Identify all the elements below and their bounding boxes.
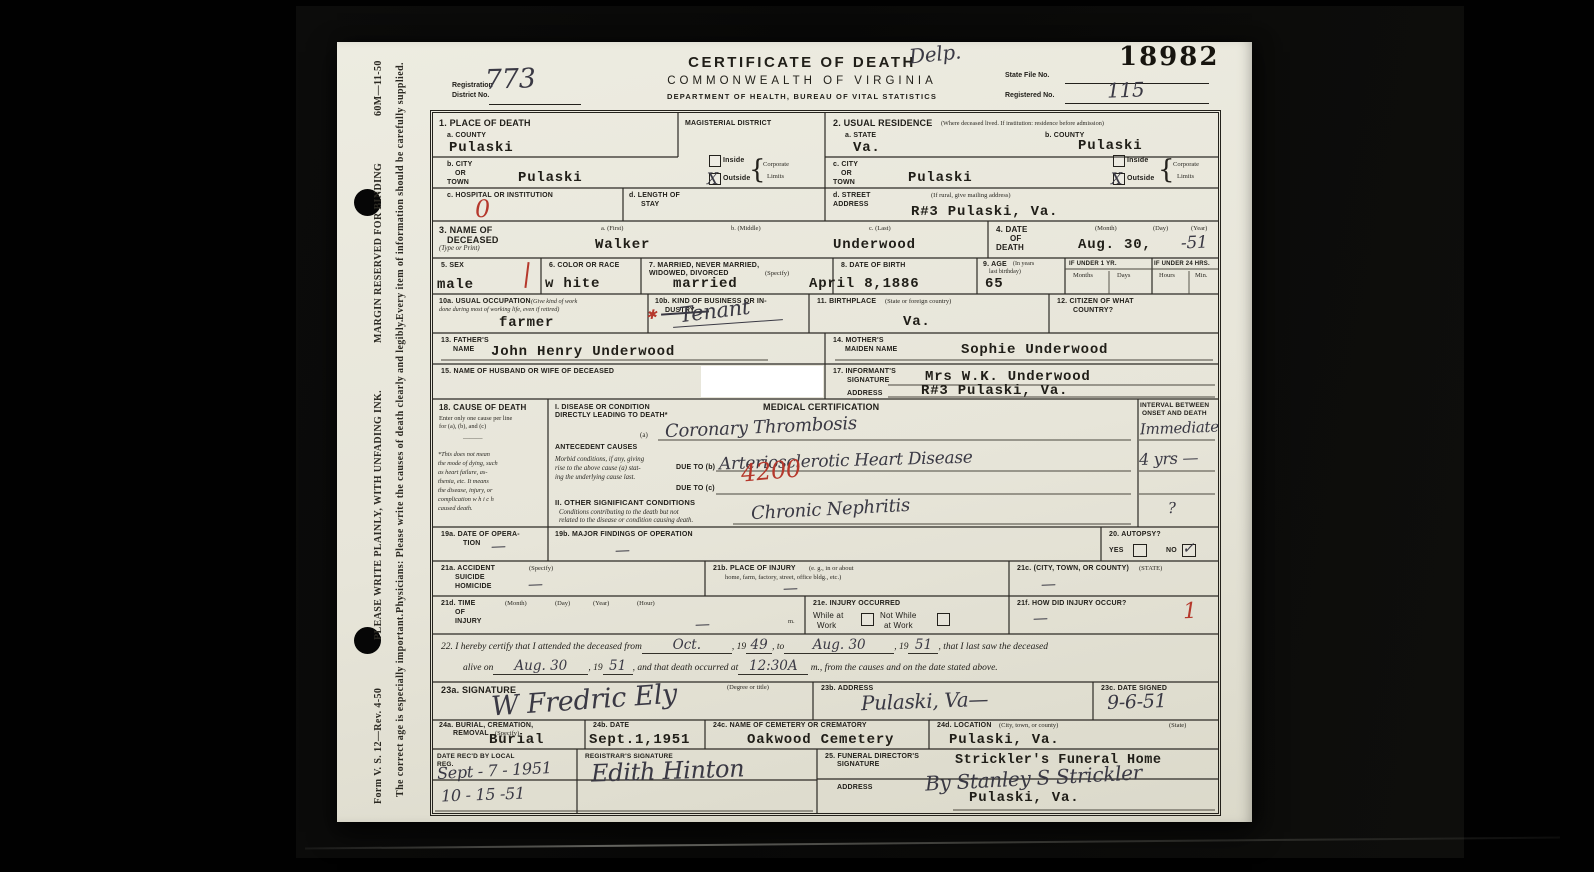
interval-label-a: INTERVAL BETWEEN bbox=[1140, 402, 1209, 409]
street-label-b: ADDRESS bbox=[833, 201, 869, 209]
autopsy-yes-checkbox bbox=[1133, 544, 1147, 557]
while-at-label: While at bbox=[813, 611, 844, 620]
registered-no-line bbox=[1065, 103, 1209, 104]
burial-label-b: REMOVAL bbox=[453, 730, 489, 738]
how-injury-label: 21f. HOW DID INJURY OCCUR? bbox=[1017, 600, 1126, 608]
antecedent-label: ANTECEDENT CAUSES bbox=[555, 444, 637, 452]
cause-note2-3: thenia, etc. It means bbox=[438, 478, 489, 486]
county-label-1: a. COUNTY bbox=[447, 132, 486, 140]
cause-note2-6: caused death. bbox=[438, 505, 473, 513]
place-of-death-title: 1. PLACE OF DEATH bbox=[439, 118, 531, 128]
sex-value: male bbox=[437, 278, 474, 292]
registered-no-value: 115 bbox=[1107, 79, 1145, 100]
death-date-value: Aug. 30, bbox=[1078, 238, 1152, 252]
margin-form-code: Form V. S. 12—Rev. 4-50 bbox=[373, 688, 384, 804]
location-label: 24d. LOCATION bbox=[937, 722, 992, 730]
certificate-paper: Form V. S. 12—Rev. 4-50 PLEASE WRITE PLA… bbox=[337, 42, 1252, 822]
date-of-birth-label: 8. DATE OF BIRTH bbox=[841, 262, 906, 270]
state-label: a. STATE bbox=[845, 132, 876, 140]
attended-to-value: Aug. 30 bbox=[784, 637, 894, 654]
margin-reserved: MARGIN RESERVED FOR BINDING bbox=[373, 163, 384, 343]
min-label: Min. bbox=[1195, 272, 1207, 280]
inside-label-2: Inside bbox=[1127, 157, 1148, 165]
not-while-label: Not While bbox=[880, 611, 916, 620]
color-race-value: w hite bbox=[545, 277, 600, 291]
length-of-stay-label-b: STAY bbox=[641, 201, 659, 209]
district-underline bbox=[489, 104, 581, 105]
certify-text-4: , 19 bbox=[894, 642, 908, 652]
medical-certification-title: MEDICAL CERTIFICATION bbox=[763, 402, 879, 412]
operation-date-label-b: TION bbox=[463, 540, 481, 548]
cemetery-label: 24c. NAME OF CEMETERY OR CREMATORY bbox=[713, 722, 867, 730]
certify-text-8: , and that death occurred at bbox=[633, 663, 739, 673]
alive-on-year: 51 bbox=[603, 658, 633, 675]
cause-note1-a: Enter only one cause per line bbox=[439, 415, 512, 423]
red-mark-21f: 1 bbox=[1183, 601, 1197, 623]
time-of-injury-label-b: OF bbox=[455, 609, 465, 617]
first-name-label: a. (First) bbox=[601, 225, 623, 233]
city-label-2a: c. CITY bbox=[833, 161, 858, 169]
deceased-label: DECEASED bbox=[447, 235, 499, 245]
district-value: 773 bbox=[485, 65, 537, 94]
margin-text-inner: The correct age is especially important.… bbox=[395, 97, 406, 797]
hospital-value-red: 0 bbox=[475, 197, 491, 222]
street-note: (If rural, give mailing address) bbox=[931, 192, 1011, 200]
outside-label-2: Outside bbox=[1127, 175, 1154, 183]
date-recd-label-a: DATE REC'D BY LOCAL bbox=[437, 753, 515, 760]
attended-to-year: 51 bbox=[908, 637, 938, 654]
burial-value: Burial bbox=[489, 733, 544, 747]
at-work-label: at Work bbox=[884, 621, 913, 630]
age-note-a: (In years bbox=[1013, 261, 1034, 268]
marital-value: married bbox=[673, 277, 737, 291]
outside-checkmark-1: X bbox=[707, 171, 719, 187]
mothers-label-b: MAIDEN NAME bbox=[845, 346, 897, 354]
redaction-box bbox=[701, 366, 823, 397]
accident-specify-note: (Specify) bbox=[529, 565, 553, 573]
certificate-form: 1. PLACE OF DEATH MAGISTERIAL DISTRICT a… bbox=[430, 110, 1221, 816]
under-1yr-label: IF UNDER 1 YR. bbox=[1069, 261, 1117, 268]
funeral-director-label-b: SIGNATURE bbox=[837, 761, 880, 769]
place-of-injury-note-a: (e. g., in or about bbox=[809, 565, 854, 573]
autopsy-no-label: NO bbox=[1166, 547, 1177, 555]
informant-label-b: SIGNATURE bbox=[847, 377, 890, 385]
inside-checkbox-1 bbox=[709, 155, 721, 167]
certify-statement-line1: 22. I hereby certify that I attended the… bbox=[441, 637, 1048, 654]
injury-day-label: (Day) bbox=[555, 600, 570, 608]
date-of-death-label-c: DEATH bbox=[996, 243, 1024, 252]
time-of-injury-dash: — bbox=[695, 617, 710, 633]
informant-signature-value: Mrs W.K. Underwood bbox=[925, 370, 1091, 384]
certify-text-5: , that I last saw the deceased bbox=[938, 642, 1048, 652]
corporate-label-1: Corporate bbox=[763, 161, 789, 169]
attended-from-value: Oct. bbox=[642, 637, 732, 654]
mothers-name-value: Sophie Underwood bbox=[961, 343, 1108, 357]
time-of-injury-label-a: 21d. TIME bbox=[441, 600, 475, 608]
city-label-1a: b. CITY bbox=[447, 161, 473, 169]
serial-number: 18982 bbox=[1119, 42, 1219, 72]
informant-address-value: R#3 Pulaski, Va. bbox=[921, 384, 1068, 398]
street-label-a: d. STREET bbox=[833, 192, 871, 200]
city-label-1c: TOWN bbox=[447, 179, 469, 187]
red-asterisk-business: ✱ bbox=[646, 309, 657, 322]
autopsy-label: 20. AUTOPSY? bbox=[1109, 531, 1161, 539]
handwritten-delp: Delp. bbox=[908, 41, 962, 66]
margin-write-plainly: PLEASE WRITE PLAINLY, WITH UNFADING INK. bbox=[373, 390, 384, 640]
injury-state-label: (STATE) bbox=[1139, 565, 1162, 573]
injury-year-label: (Year) bbox=[593, 600, 609, 608]
other-conditions-interval: ? bbox=[1168, 501, 1176, 516]
hospital-label: c. HOSPITAL OR INSTITUTION bbox=[447, 192, 553, 200]
district-no-label: District No. bbox=[452, 92, 489, 99]
accident-label-c: HOMICIDE bbox=[455, 583, 492, 591]
injury-city-label: 21c. (CITY, TOWN, OR COUNTY) bbox=[1017, 565, 1129, 573]
length-of-stay-label-a: d. LENGTH OF bbox=[629, 192, 680, 200]
margin-every-item: Every item of information should be care… bbox=[395, 62, 406, 320]
accident-dash: — bbox=[528, 577, 543, 593]
disease-label-b: DIRECTLY LEADING TO DEATH* bbox=[555, 412, 668, 420]
cause-dash: ——— bbox=[463, 435, 483, 443]
margin-correct-age: The correct age is especially important. bbox=[395, 613, 406, 797]
city-label-1b: OR bbox=[455, 170, 466, 178]
operation-date-label-a: 19a. DATE OF OPERA- bbox=[441, 531, 520, 539]
date-recd-value2: 10 - 15 -51 bbox=[441, 786, 525, 805]
morbid-note-2: ing the underlying cause last. bbox=[555, 474, 635, 483]
informant-label-a: 17. INFORMANT'S bbox=[833, 368, 896, 376]
operation-date-dash: — bbox=[491, 539, 506, 555]
state-file-label: State File No. bbox=[1005, 72, 1049, 79]
alive-on-value: Aug. 30 bbox=[493, 658, 588, 675]
burial-date-label: 24b. DATE bbox=[593, 722, 629, 730]
birthplace-value: Va. bbox=[903, 315, 931, 329]
occupation-note-b: done during most of working life, even i… bbox=[439, 306, 559, 314]
certify-text-6: alive on bbox=[463, 663, 493, 673]
other-conditions-label: II. OTHER SIGNIFICANT CONDITIONS bbox=[555, 499, 695, 508]
while-at-work-checkbox bbox=[861, 613, 874, 626]
certify-text-1: 22. I hereby certify that I attended the… bbox=[441, 642, 642, 652]
margin-physicians: Physicians: Please write the causes of d… bbox=[395, 320, 406, 614]
scan-background: Form V. S. 12—Rev. 4-50 PLEASE WRITE PLA… bbox=[0, 0, 1594, 872]
due-to-b-label: DUE TO (b) bbox=[676, 464, 715, 472]
street-value: R#3 Pulaski, Va. bbox=[911, 205, 1058, 219]
color-race-label: 6. COLOR OR RACE bbox=[549, 262, 619, 270]
accident-label-a: 21a. ACCIDENT bbox=[441, 565, 495, 573]
injury-hour-label: (Hour) bbox=[637, 600, 655, 608]
mothers-label-a: 14. MOTHER'S bbox=[833, 337, 884, 345]
county-value-2: Pulaski bbox=[1078, 139, 1142, 153]
death-month-label: (Month) bbox=[1095, 225, 1117, 233]
department-line: DEPARTMENT OF HEALTH, BUREAU OF VITAL ST… bbox=[587, 92, 1017, 101]
brace-2: { bbox=[1158, 155, 1175, 185]
other-conditions-note-b: related to the disease or condition caus… bbox=[559, 517, 693, 526]
fathers-label-a: 13. FATHER'S bbox=[441, 337, 489, 345]
not-while-at-work-checkbox bbox=[937, 613, 950, 626]
city-label-2c: TOWN bbox=[833, 179, 855, 187]
cemetery-value: Oakwood Cemetery bbox=[747, 733, 894, 747]
burial-label-a: 24a. BURIAL, CREMATION, bbox=[439, 722, 533, 730]
age-label: 9. AGE bbox=[983, 261, 1007, 269]
certify-statement-line2: alive on Aug. 30 , 19 51 , and that deat… bbox=[463, 658, 998, 675]
injury-city-dash: — bbox=[1041, 577, 1056, 593]
major-findings-dash: — bbox=[615, 543, 630, 559]
degree-title-note: (Degree or title) bbox=[727, 684, 769, 692]
location-state-note: (State) bbox=[1169, 722, 1186, 730]
city-value-2: Pulaski bbox=[908, 171, 972, 185]
last-name-value: Underwood bbox=[833, 238, 916, 252]
commonwealth-line: COMMONWEALTH OF VIRGINIA bbox=[587, 75, 1017, 87]
first-name-value: Walker bbox=[595, 238, 650, 252]
cause-a-interval: Immediate bbox=[1140, 420, 1219, 438]
inside-label-1: Inside bbox=[723, 157, 744, 165]
attended-from-year: 49 bbox=[746, 637, 772, 654]
accident-label-b: SUICIDE bbox=[455, 574, 485, 582]
certify-text-9: m., from the causes and on the date stat… bbox=[808, 663, 997, 673]
type-or-print-note: (Type or Print) bbox=[439, 245, 480, 254]
certify-text-7: , 19 bbox=[588, 663, 602, 673]
days-label: Days bbox=[1117, 272, 1130, 280]
city-value-1: Pulaski bbox=[518, 171, 582, 185]
cause-note2-1: the mode of dying, such bbox=[438, 460, 498, 468]
city-label-2b: OR bbox=[841, 170, 852, 178]
months-label: Months bbox=[1073, 272, 1093, 280]
magisterial-district-label: MAGISTERIAL DISTRICT bbox=[685, 120, 771, 128]
occupation-label: 10a. USUAL OCCUPATION bbox=[439, 298, 531, 306]
cause-note2-4: the disease, injury, or bbox=[438, 487, 492, 495]
location-value: Pulaski, Va. bbox=[949, 733, 1059, 747]
work-label: Work bbox=[817, 621, 836, 630]
last-name-label: c. (Last) bbox=[869, 225, 891, 233]
injury-m-label: m. bbox=[788, 618, 795, 626]
red-code-4200: 4200 bbox=[740, 456, 802, 485]
corporate-label-2: Corporate bbox=[1173, 161, 1199, 169]
certify-text-2: , 19 bbox=[732, 642, 746, 652]
citizen-label-b: COUNTRY? bbox=[1073, 307, 1113, 315]
outside-checkmark-2: X bbox=[1111, 171, 1123, 187]
autopsy-yes-label: YES bbox=[1109, 547, 1124, 555]
how-injury-dash: — bbox=[1033, 611, 1048, 627]
age-value: 65 bbox=[985, 277, 1003, 291]
margin-print-code: 60M—11-50 bbox=[373, 60, 384, 116]
occupation-note-a: (Give kind of work bbox=[531, 298, 577, 306]
name-of-label: 3. NAME OF bbox=[439, 225, 493, 235]
certify-text-3: , to bbox=[772, 642, 784, 652]
time-of-injury-label-c: INJURY bbox=[455, 618, 482, 626]
outside-label-1: Outside bbox=[723, 175, 750, 183]
injury-month-label: (Month) bbox=[505, 600, 527, 608]
hours-label: Hours bbox=[1159, 272, 1175, 280]
middle-name-label: b. (Middle) bbox=[731, 225, 761, 233]
physician-address-value: Pulaski, Va— bbox=[861, 689, 989, 713]
place-of-injury-dash: — bbox=[783, 581, 798, 597]
cause-note2-2: as heart failure, as- bbox=[438, 469, 487, 477]
burial-date-value: Sept.1,1951 bbox=[589, 733, 690, 747]
under-24hrs-label: IF UNDER 24 HRS. bbox=[1154, 261, 1210, 268]
sex-label: 5. SEX bbox=[441, 262, 464, 270]
place-of-injury-label: 21b. PLACE OF INJURY bbox=[713, 565, 796, 573]
cause-note2-5: complication w h i c h bbox=[438, 496, 494, 504]
usual-residence-title: 2. USUAL RESIDENCE bbox=[833, 118, 932, 128]
spouse-label: 15. NAME OF HUSBAND OR WIFE OF DECEASED bbox=[441, 368, 614, 376]
morbid-note-1: rise to the above cause (a) stat- bbox=[555, 465, 641, 474]
marital-label-a: 7. MARRIED, NEVER MARRIED, bbox=[649, 262, 759, 270]
registered-no-label: Registered No. bbox=[1005, 92, 1054, 99]
inside-checkbox-2 bbox=[1113, 155, 1125, 167]
citizen-label-a: 12. CITIZEN OF WHAT bbox=[1057, 298, 1134, 306]
birthplace-note: (State or foreign country) bbox=[885, 298, 951, 306]
fathers-name-value: John Henry Underwood bbox=[491, 345, 675, 359]
limits-label-1: Limits bbox=[767, 173, 784, 181]
death-year-value: -51 bbox=[1181, 235, 1208, 253]
death-day-label: (Day) bbox=[1153, 225, 1168, 233]
cause-of-death-title: 18. CAUSE OF DEATH bbox=[439, 403, 526, 412]
due-to-c-label: DUE TO (c) bbox=[676, 485, 715, 493]
margin-text-outer: Form V. S. 12—Rev. 4-50 PLEASE WRITE PLA… bbox=[373, 60, 384, 804]
funeral-address-label: ADDRESS bbox=[837, 784, 873, 792]
autopsy-no-checkmark: ✓ bbox=[1182, 541, 1195, 556]
limits-label-2: Limits bbox=[1177, 173, 1194, 181]
marital-specify-note: (Specify) bbox=[765, 270, 789, 278]
death-time-value: 12:30A bbox=[738, 658, 808, 675]
date-signed-value: 9-6-51 bbox=[1107, 692, 1167, 713]
injury-occurred-label: 21e. INJURY OCCURRED bbox=[813, 600, 900, 608]
cause-note2-0: *This does not mean bbox=[438, 451, 490, 459]
cause-a-label: (a) bbox=[640, 431, 648, 439]
informant-address-label: ADDRESS bbox=[847, 390, 883, 398]
date-of-birth-value: April 8,1886 bbox=[809, 277, 919, 291]
funeral-director-label-a: 25. FUNERAL DIRECTOR'S bbox=[825, 753, 919, 761]
brace-1: { bbox=[749, 155, 766, 185]
cause-note1-b: for (a), (b), and (c) bbox=[439, 423, 486, 431]
fathers-label-b: NAME bbox=[453, 346, 474, 354]
birthplace-label: 11. BIRTHPLACE bbox=[817, 298, 876, 306]
interval-label-b: ONSET AND DEATH bbox=[1142, 410, 1207, 417]
state-value: Va. bbox=[853, 141, 881, 155]
date-of-death-label-a: 4. DATE bbox=[996, 225, 1027, 234]
morbid-note-0: Morbid conditions, if any, giving bbox=[555, 456, 644, 465]
date-of-death-label-b: OF bbox=[1010, 234, 1022, 243]
funeral-address-value: Pulaski, Va. bbox=[969, 791, 1079, 805]
disease-label-a: I. DISEASE OR CONDITION bbox=[555, 404, 650, 412]
cause-b-interval: 4 yrs — bbox=[1139, 450, 1199, 468]
registrar-signature-value: Edith Hinton bbox=[591, 756, 745, 785]
major-findings-label: 19b. MAJOR FINDINGS OF OPERATION bbox=[555, 531, 693, 539]
location-note: (City, town, or county) bbox=[999, 722, 1058, 730]
county-value-1: Pulaski bbox=[449, 141, 513, 155]
occupation-value: farmer bbox=[499, 316, 554, 330]
usual-residence-note: (Where deceased lived. If institution: r… bbox=[941, 120, 1104, 127]
